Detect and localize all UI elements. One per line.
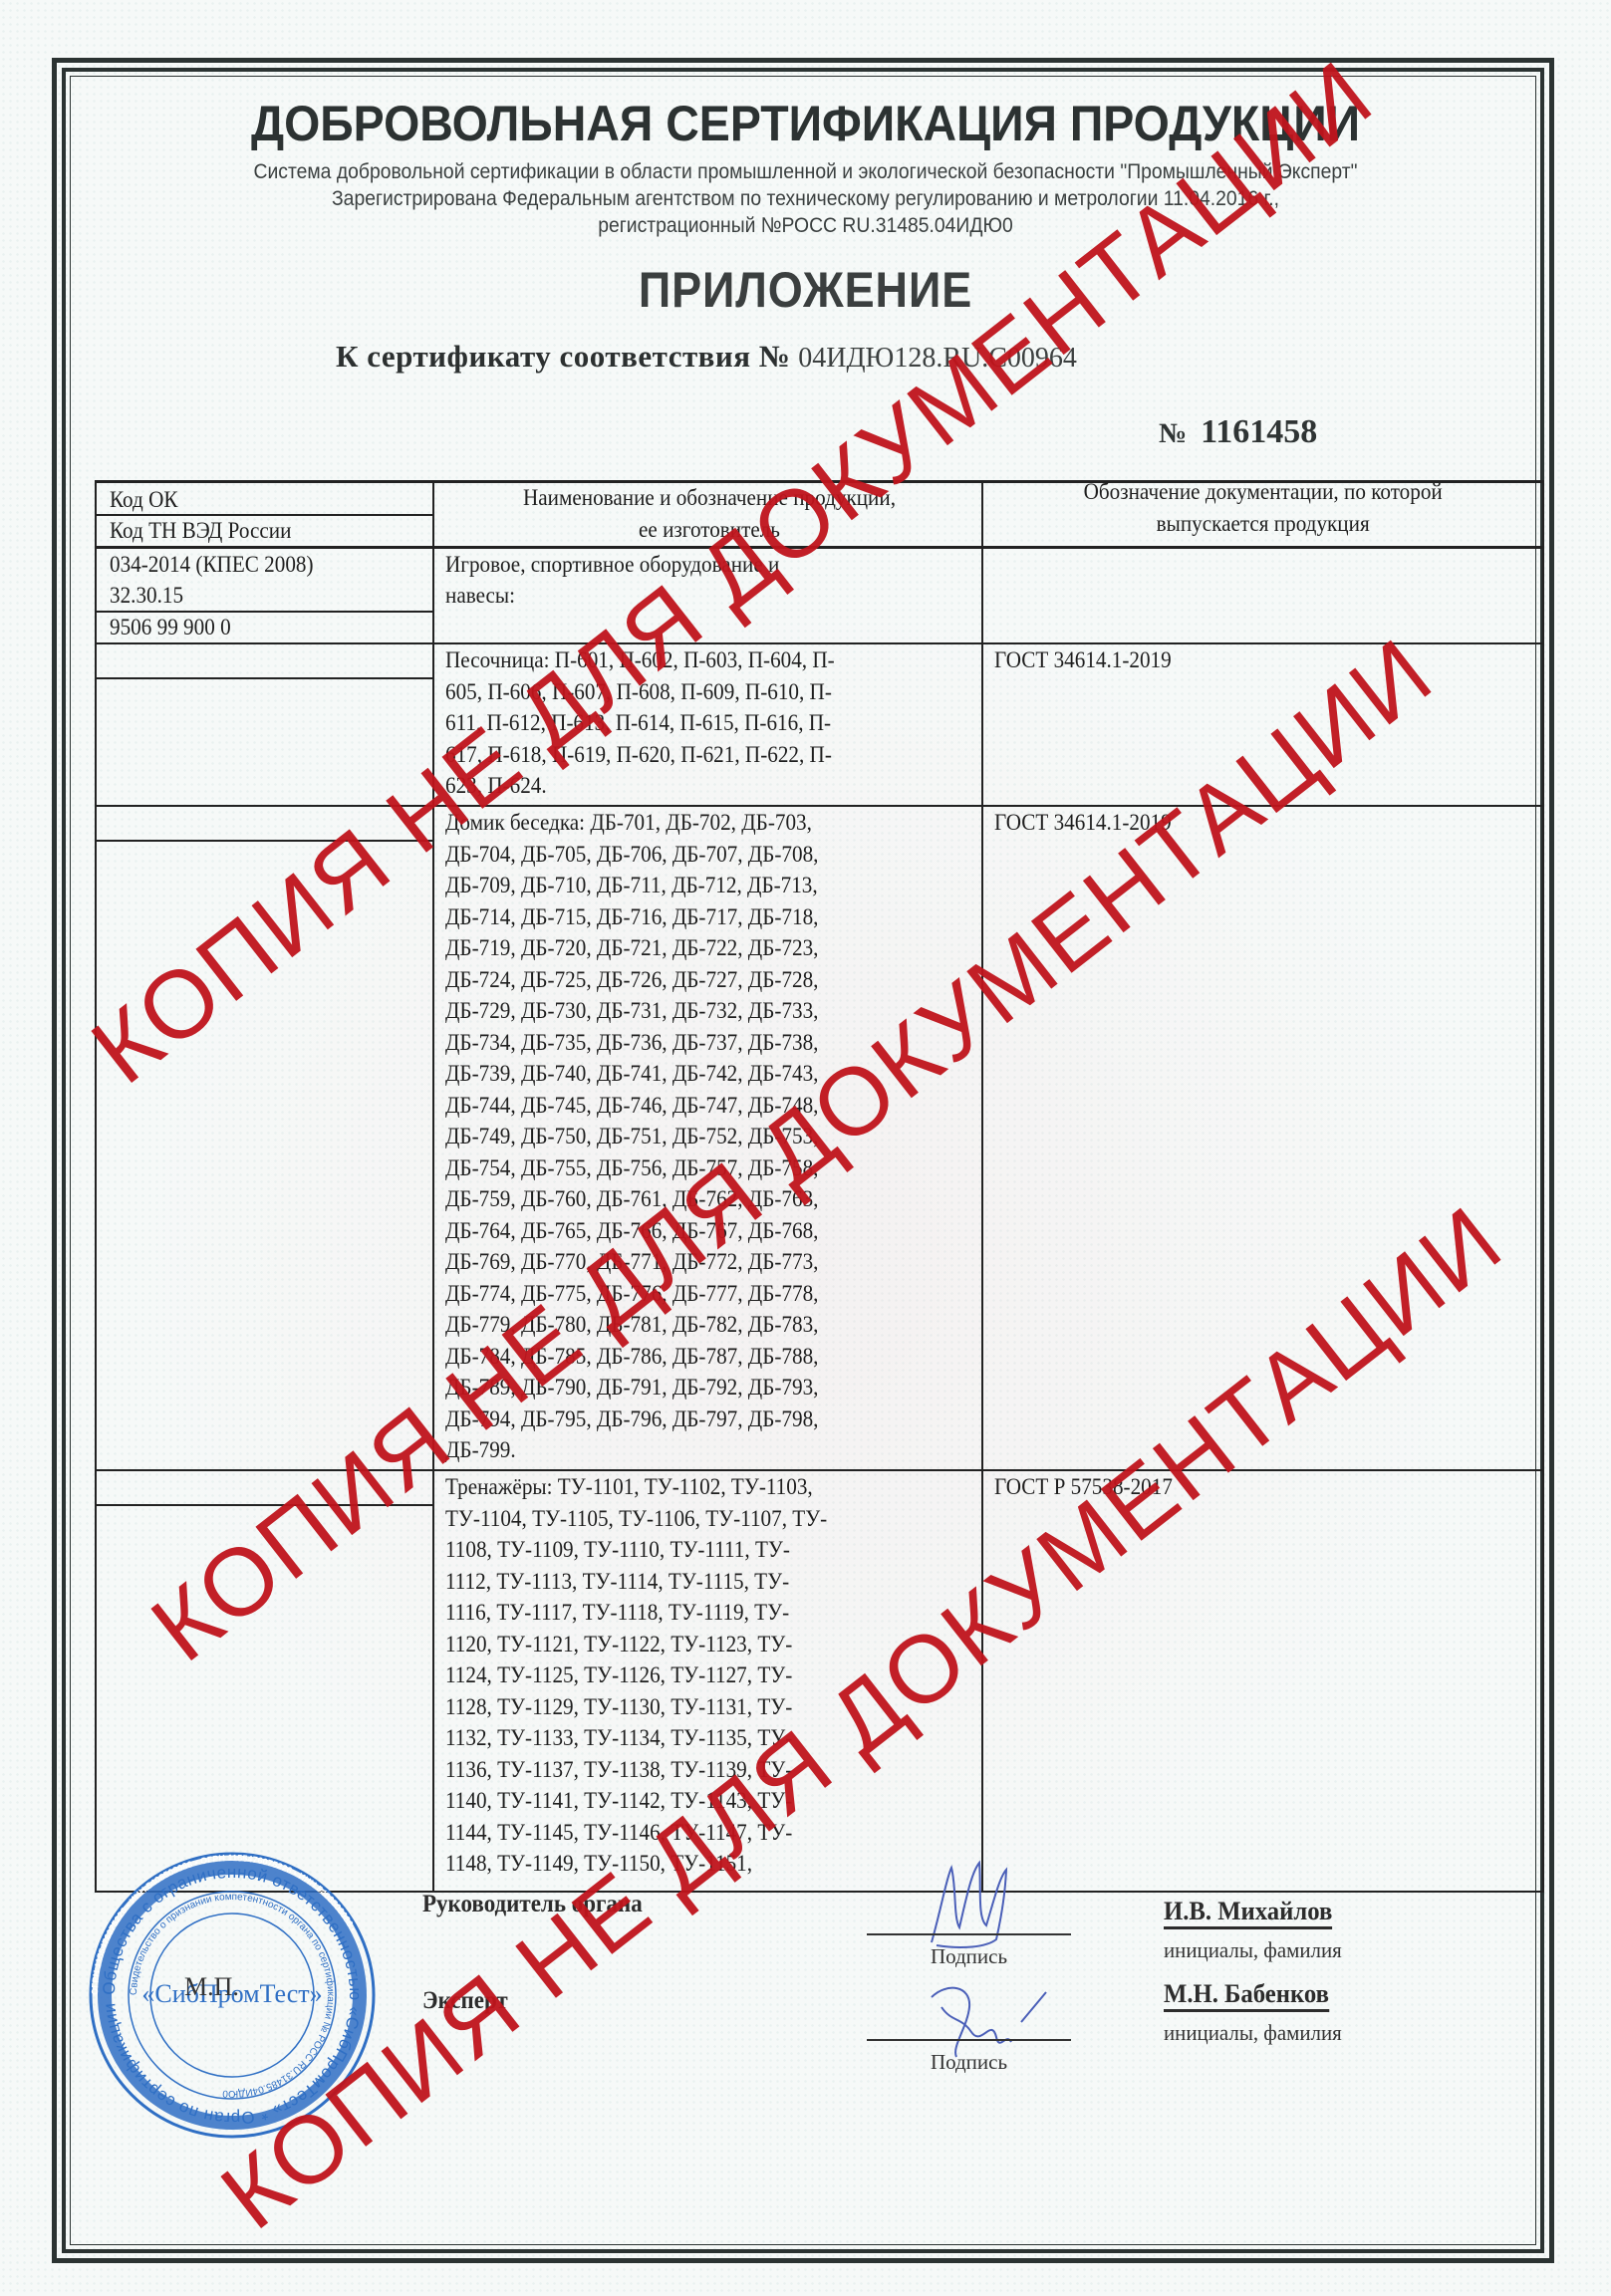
head-signature [902, 1848, 1041, 1957]
expert-name: М.Н. Бабенков [1164, 1979, 1329, 2012]
product-line: ДБ-714, ДБ-715, ДБ-716, ДБ-717, ДБ-718, [445, 901, 818, 933]
head-signature-line [867, 1933, 1071, 1935]
left-column-split-line [95, 677, 433, 679]
product-line: ДБ-734, ДБ-735, ДБ-736, ДБ-737, ДБ-738, [445, 1027, 818, 1059]
documentation-standard: ГОСТ 34614.1-2019 [994, 644, 1172, 676]
table-left-border [95, 480, 97, 1893]
header-code-ok: Код ОК [110, 484, 177, 516]
header-documentation-line2: выпускается продукция [984, 508, 1541, 540]
appendix-title: ПРИЛОЖЕНИЕ [81, 261, 1530, 319]
product-line: ДБ-739, ДБ-740, ДБ-741, ДБ-742, ДБ-743, [445, 1058, 818, 1090]
product-line: ДБ-709, ДБ-710, ДБ-711, ДБ-712, ДБ-713, [445, 870, 818, 901]
product-line: ТУ-1104, ТУ-1105, ТУ-1106, ТУ-1107, ТУ- [445, 1503, 827, 1535]
product-line: 1124, ТУ-1125, ТУ-1126, ТУ-1127, ТУ- [445, 1659, 792, 1691]
form-number: №1161458 [1159, 413, 1317, 451]
header-documentation-line1: Обозначение документации, по которой [984, 476, 1541, 508]
expert-signature-caption: Подпись [867, 2050, 1071, 2075]
product-line: ДБ-704, ДБ-705, ДБ-706, ДБ-707, ДБ-708, [445, 839, 818, 871]
head-name-caption: инициалы, фамилия [1164, 1937, 1342, 1963]
okpd-code-2: 32.30.15 [110, 580, 183, 612]
row-bottom-border [95, 805, 1544, 807]
expert-signature-line [867, 2039, 1071, 2041]
head-name: И.В. Михайлов [1164, 1897, 1332, 1929]
registration-line: Зарегистрирована Федеральным агентством … [81, 186, 1530, 211]
product-line: 1128, ТУ-1129, ТУ-1130, ТУ-1131, ТУ- [445, 1691, 792, 1723]
seal-label: М.П. [184, 1972, 239, 2002]
table-right-border [1542, 480, 1544, 1893]
category-line-2: навесы: [445, 580, 515, 612]
product-line: ДБ-729, ДБ-730, ДБ-731, ДБ-732, ДБ-733, [445, 995, 818, 1027]
okpd-code-1: 034-2014 (КПЕС 2008) [110, 549, 314, 581]
head-signature-caption: Подпись [867, 1944, 1071, 1969]
number-symbol: № [1159, 418, 1187, 449]
product-line: Тренажёры: ТУ-1101, ТУ-1102, ТУ-1103, [445, 1471, 813, 1503]
product-line: ДБ-724, ДБ-725, ДБ-726, ДБ-727, ДБ-728, [445, 964, 818, 996]
product-line: 1108, ТУ-1109, ТУ-1110, ТУ-1111, ТУ- [445, 1534, 790, 1566]
product-line: ДБ-719, ДБ-720, ДБ-721, ДБ-722, ДБ-723, [445, 932, 818, 964]
registration-number-line: регистрационный №РОСС RU.31485.04ИДЮ0 [81, 213, 1530, 238]
product-line: 1120, ТУ-1121, ТУ-1122, ТУ-1123, ТУ- [445, 1629, 792, 1660]
expert-name-caption: инициалы, фамилия [1164, 2020, 1342, 2046]
form-number-value: 1161458 [1201, 413, 1317, 450]
column-divider-1 [432, 480, 434, 1893]
tnved-code: 9506 99 900 0 [110, 612, 231, 643]
header-code-tnved: Код ТН ВЭД России [110, 515, 291, 547]
certificate-reference-label: К сертификату соответствия № [336, 339, 790, 374]
header-documentation: Обозначение документации, по которой вып… [984, 476, 1541, 540]
product-line: 1112, ТУ-1113, ТУ-1114, ТУ-1115, ТУ- [445, 1566, 789, 1598]
product-line: 1116, ТУ-1117, ТУ-1118, ТУ-1119, ТУ- [445, 1597, 789, 1629]
